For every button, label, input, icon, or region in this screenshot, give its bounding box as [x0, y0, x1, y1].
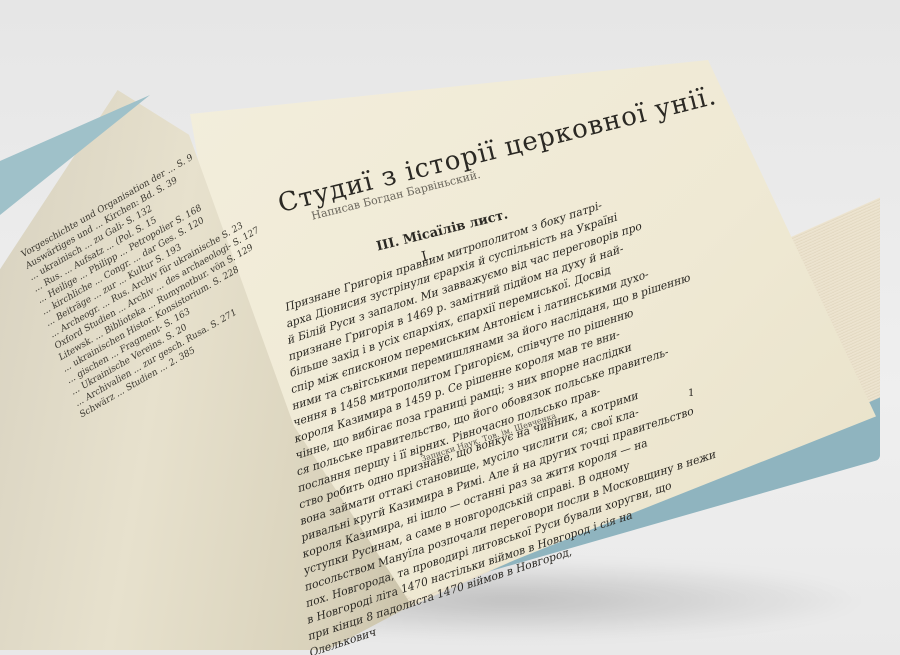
book-photo: Студиї з історії церковної унії. Написав… [0, 0, 900, 655]
page-number: 1 [688, 388, 694, 399]
